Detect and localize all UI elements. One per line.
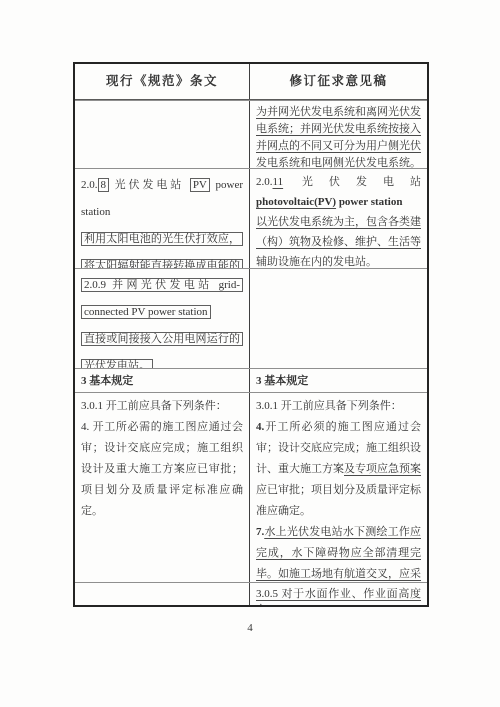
revision-draft-cell: 3 基本规定: [249, 369, 427, 392]
revision-draft-cell: 3.0.5 对于水面作业、作业面高度在 2m: [249, 583, 427, 605]
table-header-row: 现行《规范》条文 修订征求意见稿: [75, 64, 427, 100]
revision-draft-cell: 3.0.1 开工前应具备下列条件：4.开工所必须的施工图应通过会审；设计交底应完…: [249, 393, 427, 582]
revision-draft-cell: 为并网光伏发电系统和离网光伏发电系统；并网光伏发电系统按接入并网点的不同又可分为…: [249, 101, 427, 168]
table-row-clause-3-0-5: 3.0.5 对于水面作业、作业面高度在 2m: [75, 582, 427, 605]
table-row-term-2-0-9: 2.0.9 并网光伏发电站 grid-connected PV power st…: [75, 268, 427, 368]
table-row-term-2-0-8: 2.0.8 光伏发电站 PV power station利用太阳电池的光生伏打效…: [75, 168, 427, 268]
revision-draft-cell: 2.0.11 光伏发电站 photovoltaic(PV) power stat…: [249, 169, 427, 268]
revision-comparison-table: 现行《规范》条文 修订征求意见稿 为并网光伏发电系统和离网光伏发电系统；并网光伏…: [73, 62, 429, 607]
revision-draft-cell: [249, 269, 427, 368]
current-spec-cell: 2.0.9 并网光伏发电站 grid-connected PV power st…: [75, 269, 249, 368]
header-current-spec: 现行《规范》条文: [75, 64, 249, 99]
current-spec-cell: 3 基本规定: [75, 369, 249, 392]
current-spec-cell: 2.0.8 光伏发电站 PV power station利用太阳电池的光生伏打效…: [75, 169, 249, 268]
current-spec-cell: [75, 101, 249, 168]
current-spec-cell: [75, 583, 249, 605]
table-row-intro-definition: 为并网光伏发电系统和离网光伏发电系统；并网光伏发电系统按接入并网点的不同又可分为…: [75, 100, 427, 168]
current-spec-cell: 3.0.1 开工前应具备下列条件：4. 开工所必需的施工图应通过会审；设计交底应…: [75, 393, 249, 582]
table-row-section-3-heading: 3 基本规定 3 基本规定: [75, 368, 427, 392]
table-row-clause-3-0-1: 3.0.1 开工前应具备下列条件：4. 开工所必需的施工图应通过会审；设计交底应…: [75, 392, 427, 582]
header-revision-draft: 修订征求意见稿: [249, 64, 427, 99]
page-number: 4: [0, 622, 500, 634]
